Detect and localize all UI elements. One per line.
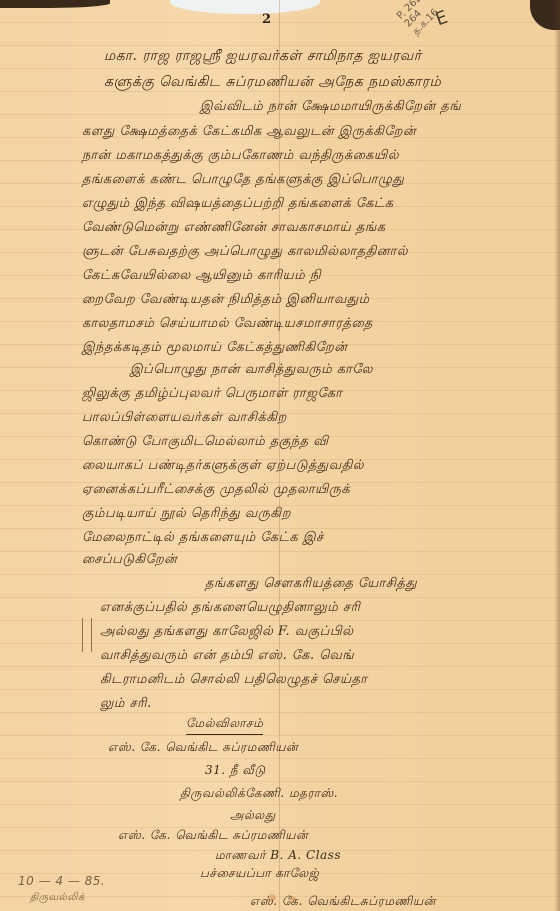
body-line: இப்பொழுது நான் வாசித்துவரும் காலே	[130, 362, 373, 378]
address-line: மாணவர் B. A. Class	[215, 848, 341, 864]
salutation-line: களுக்கு வெங்கிட சுப்ரமணியன் அநேக நமஸ்கார…	[104, 74, 441, 92]
letter-page: 2 P. 262 264 த.க.16 E மகா. ராஜ ராஜஸ்ரீ ஐ…	[0, 0, 560, 911]
address-line: எஸ். கே. வெங்கிட சுப்ரமணியன்	[118, 828, 308, 844]
address-heading: மேல்விலாசம்	[186, 716, 263, 735]
body-line: சைப்படுகிறேன்	[82, 552, 177, 568]
body-line: றைவேற வேண்டியதன் நிமித்தம் இனியாவதும்	[82, 292, 370, 308]
body-line: களது க்ஷேமத்தைக் கேட்கமிக ஆவலுடன் இருக்க…	[82, 124, 416, 140]
body-line: கொண்டு போகுமிடமெல்லாம் தகுந்த வி	[82, 434, 329, 450]
page-number: 2	[262, 12, 271, 27]
margin-tick-mark	[82, 618, 92, 652]
archive-mark: E	[433, 7, 451, 31]
closing-line: வாசித்துவரும் என் தம்பி எஸ். கே. வெங்	[100, 648, 354, 664]
body-line: இந்தக்கடிதம் மூலமாய் கேட்கத்துணிகிறேன்	[82, 340, 347, 356]
salutation-line: மகா. ராஜ ராஜஸ்ரீ ஐயரவர்கள் சாமிநாத ஐயரவர…	[104, 48, 422, 66]
address-line: எஸ். கே. வெங்கிட சுப்ரமணியன்	[108, 740, 298, 756]
closing-line: லும் சரி.	[100, 696, 152, 712]
body-line: வேண்டுமென்று எண்ணினேன் சாவகாசமாய் தங்க	[82, 220, 386, 236]
body-line: எழுதும் இந்த விஷயத்தைப்பற்றி தங்களைக் கே…	[82, 196, 394, 212]
body-line: காலதாமசம் செய்யாமல் வேண்டியசமாசாரத்தை	[82, 316, 373, 332]
archive-reference: P. 262 264 த.க.16	[395, 0, 441, 37]
closing-line: தங்களது சௌகரியத்தை யோசித்து	[205, 576, 417, 592]
ink-stain	[290, 896, 296, 902]
body-line: பாலப்பிள்ளையவர்கள் வாசிக்கிற	[82, 410, 287, 426]
page-edge-shadow	[554, 0, 560, 911]
body-line: இவ்விடம் நான் க்ஷேமமாயிருக்கிறேன் தங்	[200, 99, 461, 115]
body-line: ஏனைக்கப்பரீட்சைக்கு முதலில் முதலாயிருக்	[82, 482, 350, 498]
body-line: நான் மகாமகத்துக்கு கும்பகோணம் வந்திருக்க…	[82, 148, 399, 164]
margin-note-line: திருவல்லிக்	[30, 892, 85, 904]
address-line: பச்சையப்பா காலேஜ்	[200, 866, 319, 882]
body-line: தங்களைக் கண்ட பொழுதே தங்களுக்கு இப்பொழுத…	[82, 172, 404, 188]
closing-line: அல்லது தங்களது காலேஜில் F. வகுப்பில்	[100, 624, 354, 640]
margin-date: 10 — 4 — 85.	[18, 874, 105, 888]
address-line: அல்லது	[230, 808, 276, 824]
closing-line: எனக்குப்பதில் தங்களையெழுதினாலும் சரி	[100, 600, 360, 616]
body-line: கேட்கவேயில்லை ஆயினும் காரியம் நி	[82, 268, 321, 284]
signoff-line: எஸ். கே. வெங்கிடசுப்ரமணியன்	[250, 894, 436, 910]
body-line: கும்படியாய் நூல் தெரிந்து வருகிற	[82, 506, 291, 522]
body-line: ஜிலுக்கு தமிழ்ப்புலவர் பெருமாள் ராஜகோ	[82, 386, 342, 402]
ink-stain	[268, 894, 276, 902]
closing-line: கிடராமனிடம் சொல்லி பதிலெழுதச் செய்தா	[100, 672, 367, 688]
address-line: திருவல்லிக்கேணி. மதராஸ்.	[180, 786, 338, 802]
address-line: 31. நீ வீடு	[205, 763, 266, 779]
torn-edge	[170, 0, 320, 14]
burnt-edge	[0, 0, 110, 8]
body-line: ளுடன் பேசுவதற்கு அப்பொழுது காலமில்லாததின…	[82, 244, 408, 260]
body-line: மேலைநாட்டில் தங்களையும் கேட்க இச்	[82, 530, 324, 546]
body-line: லையாகப் பண்டிதர்களுக்குள் ஏற்படுத்துவதில…	[82, 458, 364, 474]
